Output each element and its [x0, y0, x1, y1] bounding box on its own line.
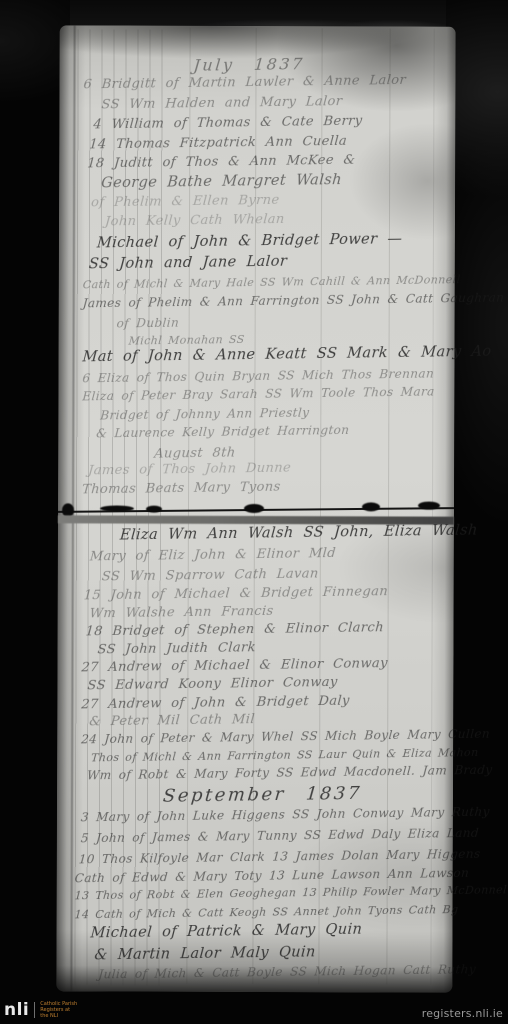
nli-logo-caption: Catholic Parish Registers at the NLI	[40, 1001, 77, 1019]
record-line: George Bathe Margret Walsh	[101, 172, 343, 191]
site-watermark: registers.nli.ie	[422, 1007, 503, 1020]
record-line: John Kelly Cath Whelan	[104, 212, 285, 230]
nli-logo-divider	[34, 1002, 35, 1018]
record-line: SS John and Jane Lalor	[88, 254, 287, 273]
stitch-mark	[244, 504, 264, 513]
register-scan-paper: July 1837 6 Bridgitt of Martin Lawler & …	[56, 25, 455, 992]
record-line: 4 William of Thomas & Cate Berry	[93, 114, 363, 133]
stitch-mark	[146, 506, 162, 513]
record-line: Michl Monahan SS	[128, 333, 245, 348]
record-line: Michael of John & Bridget Power —	[96, 231, 403, 251]
record-line: SS Edward Koony Elinor Conway	[87, 675, 338, 694]
record-line: SS John Judith Clark	[97, 640, 256, 657]
record-line: August 8th	[154, 445, 236, 461]
record-line: 18 Bridget of Stephen & Elinor Clarch	[85, 620, 384, 639]
record-line: of Dublin	[116, 316, 180, 331]
record-line: 14 Thomas Fitzpatrick Ann Cuella	[89, 134, 348, 153]
record-line: Michael of Patrick & Mary Quin	[90, 922, 363, 942]
record-line: James of Thos John Dunne	[88, 461, 292, 479]
nli-logo: nli Catholic Parish Registers at the NLI	[4, 1001, 77, 1019]
stitch-mark	[362, 502, 380, 511]
record-line: 27 Andrew of Michael & Elinor Conway	[81, 656, 388, 675]
record-line: & Peter Mil Cath Mil	[89, 712, 256, 729]
record-line: Mary of Eliz John & Elinor Mld	[89, 546, 336, 564]
record-line: SS Wm Halden and Mary Lalor	[101, 94, 343, 112]
july-heading: July 1837	[193, 54, 306, 75]
record-line: 6 Bridgitt of Martin Lawler & Anne Lalor	[83, 73, 407, 93]
september-heading: September 1837	[162, 783, 363, 807]
record-line: 15 John of Michael & Bridget Finnegan	[83, 584, 388, 603]
photo-stage: July 1837 6 Bridgitt of Martin Lawler & …	[0, 0, 508, 1024]
record-line: & Laurence Kelly Bridget Harrington	[96, 423, 350, 441]
record-line: Bridget of Johnny Ann Priestly	[100, 406, 310, 423]
nli-logo-mark: nli	[4, 1002, 29, 1019]
stitch-mark	[100, 505, 134, 511]
record-line: SS Wm Sparrow Cath Lavan	[101, 566, 319, 584]
stitch-mark	[418, 502, 440, 510]
nli-caption-line: the NLI	[40, 1013, 77, 1019]
record-line: Wm Walshe Ann Francis	[89, 604, 274, 622]
record-line: 18 Juditt of Thos & Ann McKee &	[87, 153, 356, 172]
record-line: of Phelim & Ellen Byrne	[91, 193, 281, 211]
record-line: 27 Andrew of John & Bridget Daly	[81, 694, 350, 713]
record-line: Thomas Beats Mary Tyons	[82, 480, 282, 498]
record-line: & Martin Lalor Maly Quin	[94, 944, 316, 963]
